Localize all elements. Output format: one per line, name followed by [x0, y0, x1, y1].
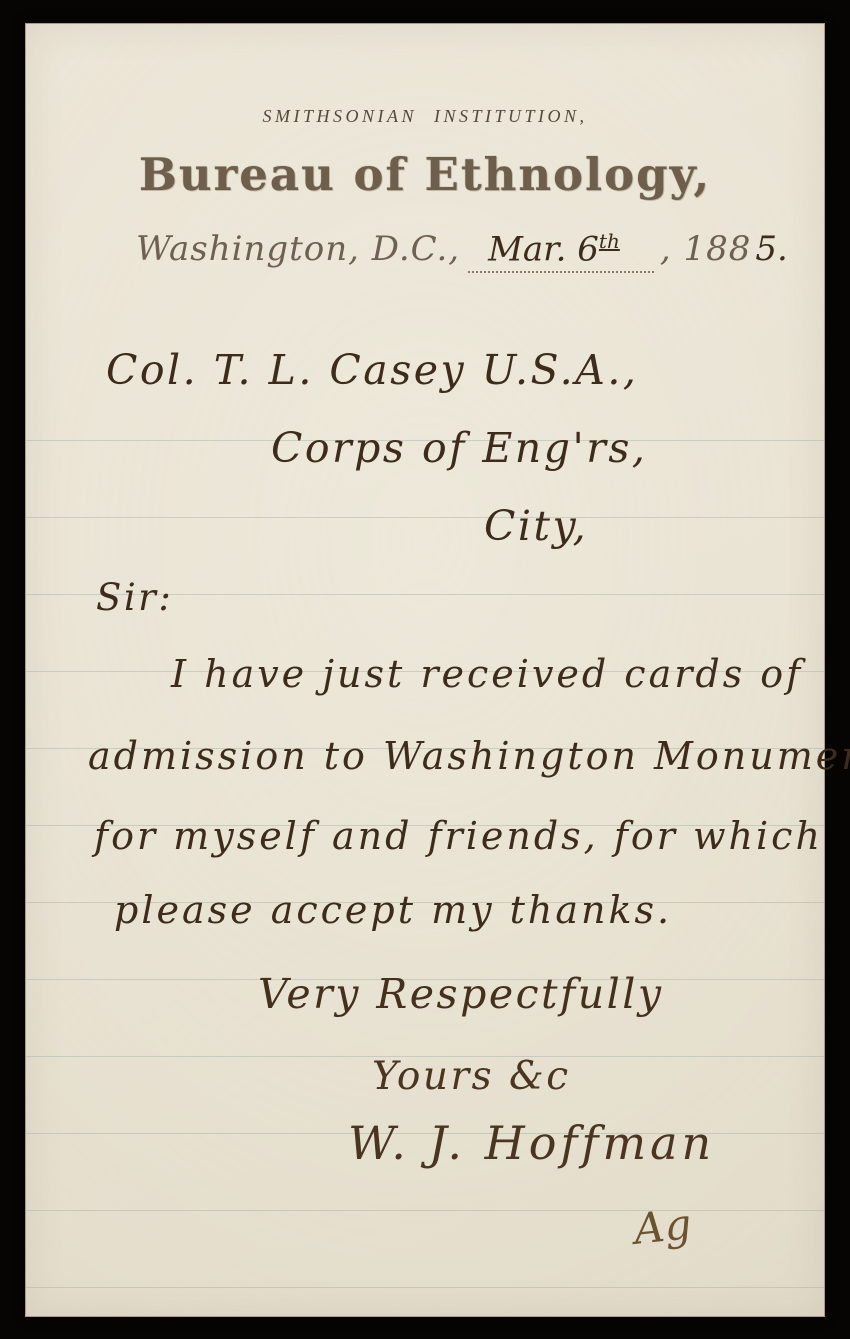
dateline-date-handwritten: Mar. 6 [488, 229, 599, 269]
recipient-unit-line: Corps of Eng'rs, [271, 424, 647, 472]
letterhead-bureau: Bureau of Ethnology, [26, 148, 824, 201]
scanned-letter-background: SMITHSONIAN INSTITUTION, Bureau of Ethno… [0, 0, 850, 1339]
recipient-city-line: City, [484, 502, 588, 550]
body-line: I have just received cards of [171, 652, 803, 696]
dateline: Washington, D.C., Mar. 6th , 188 5. [136, 229, 788, 273]
salutation: Sir: [96, 576, 173, 619]
recipient-name-line: Col. T. L. Casey U.S.A., [106, 346, 638, 394]
letter-paper: SMITHSONIAN INSTITUTION, Bureau of Ethno… [25, 23, 825, 1317]
dateline-place-printed: Washington, D.C., [136, 229, 460, 269]
dateline-year-printed: , 188 [660, 229, 752, 269]
body-line: for myself and friends, for which [94, 814, 823, 858]
closing-valediction: Very Respectfully [258, 970, 664, 1018]
letterhead-institution: SMITHSONIAN INSTITUTION, [26, 106, 824, 127]
body-line: please accept my thanks. [114, 888, 672, 932]
closing-yours: Yours &c [372, 1054, 571, 1099]
monogram-mark: Ag [632, 1199, 694, 1254]
dateline-fillin: Mar. 6th [468, 229, 654, 273]
dateline-year-digit: 5. [755, 229, 787, 269]
signature: W. J. Hoffman [348, 1116, 715, 1170]
body-line: admission to Washington Monument, [88, 734, 850, 778]
dateline-date-ordinal: th [599, 229, 620, 253]
